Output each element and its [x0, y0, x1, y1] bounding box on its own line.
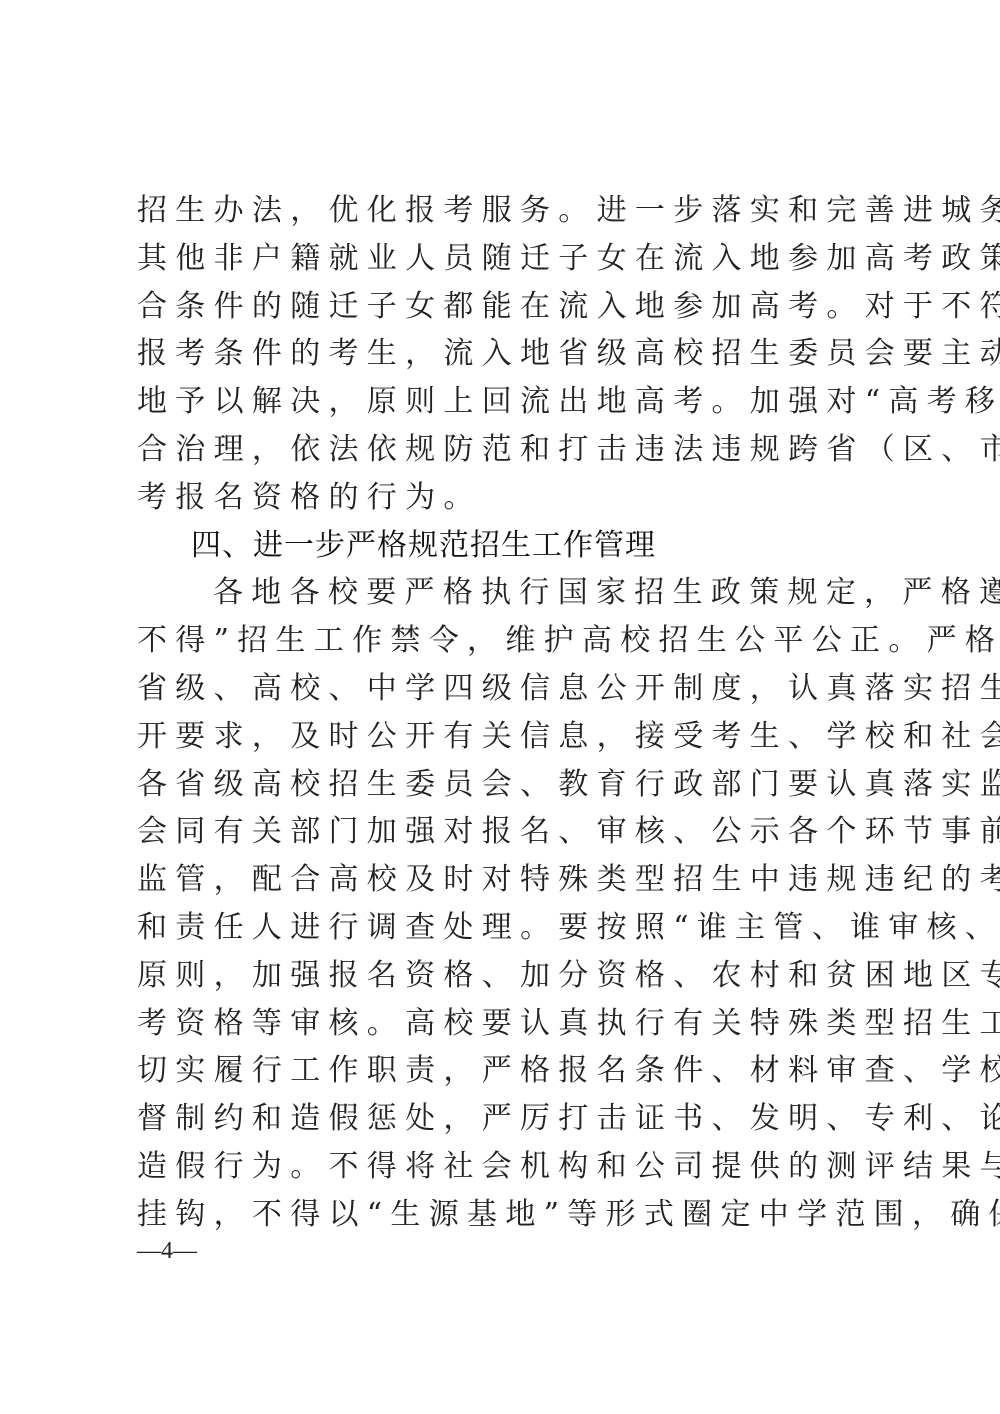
text-line: 其他非户籍就业人员随迁子女在流入地参加高考政策，确保符	[137, 235, 877, 283]
text-line: 会同有关部门加强对报名、审核、公示各个环节事前事中事后	[137, 808, 877, 856]
document-body: 招生办法，优化报考服务。进一步落实和完善进城务工人员及 其他非户籍就业人员随迁子…	[137, 187, 877, 1239]
text-line: 合条件的随迁子女都能在流入地参加高考。对于不符合流入地	[137, 283, 877, 331]
text-line: 招生办法，优化报考服务。进一步落实和完善进城务工人员及	[137, 187, 877, 235]
text-line: 不得”招生工作禁令，维护高校招生公平公正。严格执行国家、	[137, 617, 877, 665]
text-line: 和责任人进行调查处理。要按照“谁主管、谁审核、谁负责”	[137, 904, 877, 952]
text-line: 考资格等审核。高校要认真执行有关特殊类型招生工作要求，	[137, 1000, 877, 1048]
text-line: 各省级高校招生委员会、教育行政部门要认真落实监管责任，	[137, 761, 877, 809]
text-line: 省级、高校、中学四级信息公开制度，认真落实招生信息十公	[137, 665, 877, 713]
text-line: 切实履行工作职责，严格报名条件、材料审查、学校考核、监	[137, 1047, 877, 1095]
document-page: 招生办法，优化报考服务。进一步落实和完善进城务工人员及 其他非户籍就业人员随迁子…	[0, 0, 1000, 1414]
text-line: 地予以解决，原则上回流出地高考。加强对“高考移民”的综	[137, 378, 877, 426]
text-line: 原则，加强报名资格、加分资格、农村和贫困地区专项计划报	[137, 952, 877, 1000]
text-line: 监管，配合高校及时对特殊类型招生中违规违纪的考生、中学	[137, 856, 877, 904]
text-line: 报考条件的考生，流入地省级高校招生委员会要主动协调流出	[137, 330, 877, 378]
text-line: 考报名资格的行为。	[137, 474, 877, 522]
text-line: 合治理，依法依规防范和打击违法违规跨省（区、市）获取高	[137, 426, 877, 474]
text-line: 开要求，及时公开有关信息，接受考生、学校和社会的监督。	[137, 713, 877, 761]
text-line: 督制约和造假惩处，严厉打击证书、发明、专利、论文买卖和	[137, 1095, 877, 1143]
paragraph-first-line: 各地各校要严格执行国家招生政策规定，严格遵守“30 个	[137, 569, 877, 617]
page-number: —4—	[137, 1238, 197, 1265]
text-line: 挂钩，不得以“生源基地”等形式圈定中学范围，确保考试招	[137, 1191, 877, 1239]
section-heading: 四、进一步严格规范招生工作管理	[137, 522, 877, 570]
text-line: 造假行为。不得将社会机构和公司提供的测评结果与招生工作	[137, 1143, 877, 1191]
